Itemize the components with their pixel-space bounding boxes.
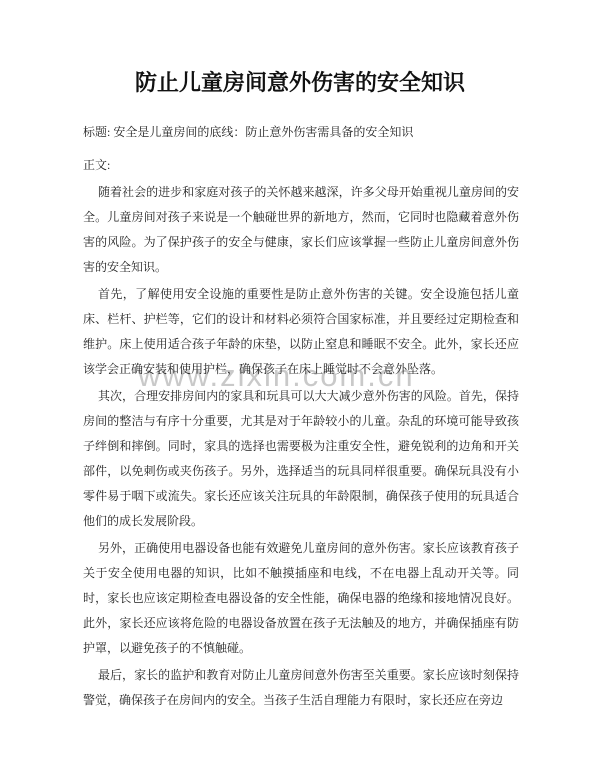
paragraph-electrical-safety: 另外，正确使用电器设备也能有效避免儿童房间的意外伤害。家长应该教育孩子关于安全使…: [83, 536, 519, 661]
paragraph-intro: 随着社会的进步和家庭对孩子的关怀越来越深，许多父母开始重视儿童房间的安全。儿童房…: [83, 180, 519, 280]
paragraph-furniture-toys: 其次，合理安排房间内的家具和玩具可以大大减少意外伤害的风险。首先，保持房间的整洁…: [83, 384, 519, 534]
meta-title-line: 标题: 安全是儿童房间的底线：防止意外伤害需具备的安全知识: [83, 120, 519, 145]
document-page: www.zixin.com.cn 防止儿童房间意外伤害的安全知识 标题: 安全是…: [0, 0, 600, 776]
document-body: 标题: 安全是儿童房间的底线：防止意外伤害需具备的安全知识 正文: 随着社会的进…: [83, 120, 519, 713]
body-label: 正文:: [83, 153, 519, 178]
document-title: 防止儿童房间意外伤害的安全知识: [0, 69, 600, 97]
paragraph-safety-facilities: 首先，了解使用安全设施的重要性是防止意外伤害的关键。安全设施包括儿童床、栏杆、护…: [83, 282, 519, 382]
paragraph-supervision: 最后，家长的监护和教育对防止儿童房间意外伤害至关重要。家长应该时刻保持警觉，确保…: [83, 663, 519, 713]
